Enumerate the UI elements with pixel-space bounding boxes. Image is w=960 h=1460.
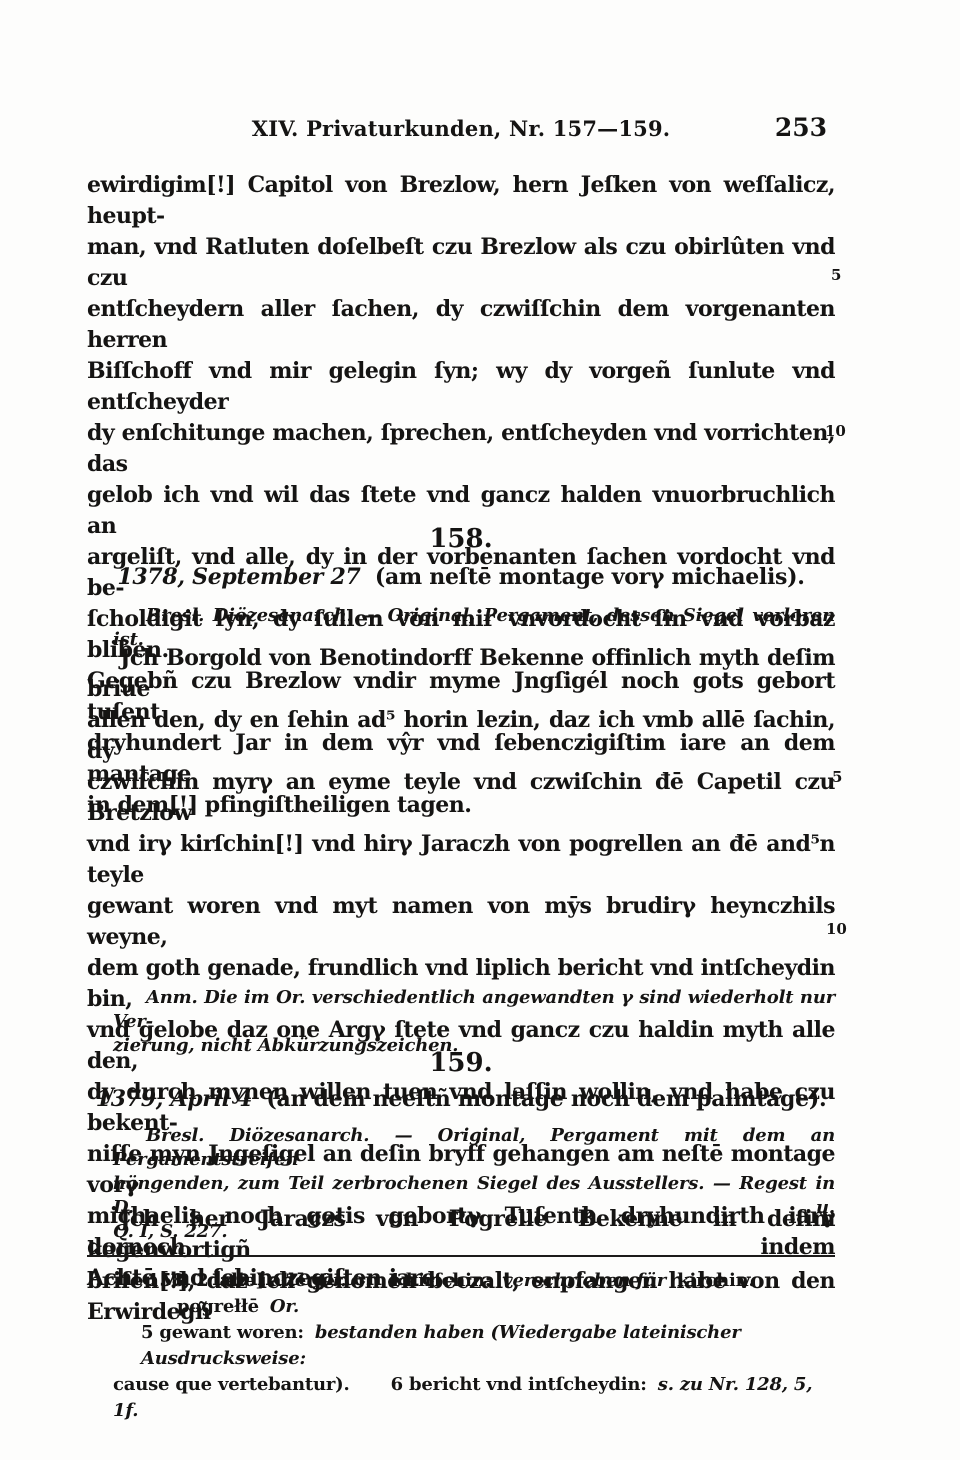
text-line: dy enſchitunge machen, ſprechen, entſche… (87, 418, 835, 480)
charter-159-date-year: 1379, April 4 (96, 1086, 252, 1112)
text-line: gewant woren vnd myt namen von mȳs brudi… (87, 891, 835, 953)
footnote-line: 5 gewant woren: bestanden haben (Wiederg… (113, 1320, 835, 1372)
footnote-sigle: Or. (317, 1270, 346, 1291)
text-line: man, vnd Ratluten doſelbeſt czu Brezlow … (87, 232, 835, 294)
text-line: entſcheydern aller ſachen, dy czwiſſchin… (87, 294, 835, 356)
line-number-marker: 5 (831, 266, 841, 284)
footnote-text: 6 bericht vnd intſcheydin: (391, 1374, 647, 1395)
footnote-block: 158, 2 alle] ałłē Or. 4 kirſchin: versch… (113, 1268, 835, 1424)
footnote-text: 5 gewant woren: (141, 1322, 304, 1343)
running-header: XIV. Privaturkunden, Nr. 157—159. 253 (87, 116, 835, 146)
footnote-line: 158, 2 alle] ałłē Or. 4 kirſchin: versch… (113, 1268, 835, 1320)
charter-158-date-year: 1378, September 27 (117, 564, 360, 590)
text-line: vnd irγ kirſchin[!] vnd hirγ Jaraczh von… (87, 829, 835, 891)
footnote-line: cause que vertebantur). 6 bericht vnd in… (113, 1372, 835, 1424)
charter-159-date-gloss: (an dem neeſtñ montage noch dem palmtage… (266, 1086, 826, 1112)
text-line: czwiſchin myrγ an eyme teyle vnd czwiſch… (87, 767, 835, 829)
footnote-text: cause que vertebantur). (113, 1374, 350, 1395)
charter-158-heading: 158. (87, 524, 835, 554)
charter-158-date-gloss: (am neſtē montage vorγ michaelis). (375, 564, 805, 590)
charter-159-date: 1379, April 4 (an dem neeſtñ montage noc… (87, 1086, 835, 1112)
page-number: 253 (775, 113, 827, 142)
text-line: Jch Borgold von Benotindorff Bekenne off… (87, 643, 835, 705)
line-number-marker: 10 (825, 422, 846, 440)
footnote-text: 4 kirſchin: (387, 1270, 491, 1291)
footnote-sigle: Or. (270, 1296, 299, 1317)
charter-159-heading: 159. (87, 1048, 835, 1078)
text-line: Anm. Die im Or. verschiedentlich angewan… (113, 986, 835, 1034)
footnote-text: kirchin. (677, 1270, 754, 1291)
footnote-comment: verschrieben für (502, 1270, 666, 1291)
running-header-title: XIV. Privaturkunden, Nr. 157—159. (87, 116, 835, 141)
book-page: XIV. Privaturkunden, Nr. 157—159. 253 ew… (0, 0, 960, 1460)
text-line: Biſſchoff vnd mir gelegin ſyn; wy dy vor… (87, 356, 835, 418)
footnote-ref: 158, 2 (147, 1270, 208, 1291)
charter-158-date: 1378, September 27 (am neſtē montage vor… (87, 564, 835, 590)
text-line: ewirdigim[!] Capitol von Brezlow, hern J… (87, 170, 835, 232)
footnote-text: alle] ałłē (220, 1270, 307, 1291)
text-line: Bresl. Diözesanarch. — Original, Pergame… (113, 1124, 835, 1172)
footnote-separator (87, 1255, 835, 1257)
text-line: allen den, dy en ſehin ad⁵ horin lezin, … (87, 705, 835, 767)
footnote-text: pogrełłē (177, 1296, 259, 1317)
